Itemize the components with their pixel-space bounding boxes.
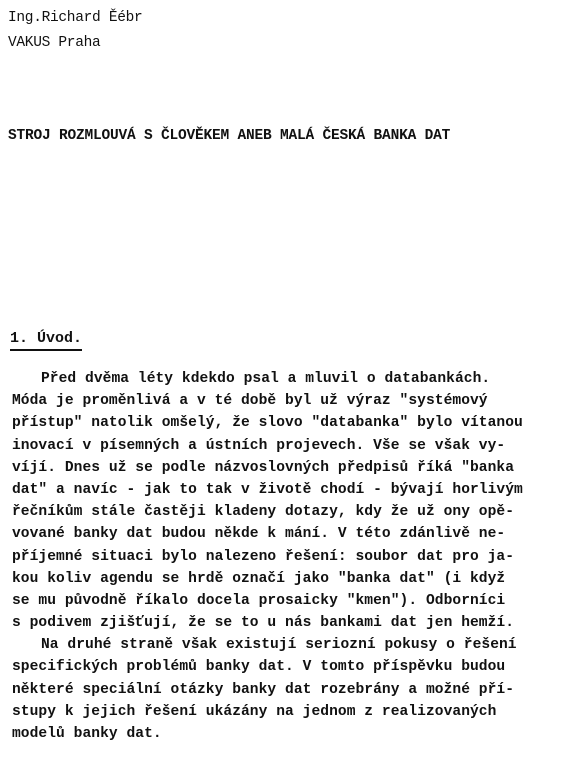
document-title: STROJ ROZMLOUVÁ S ČLOVĚKEM ANEB MALÁ ČES…: [8, 128, 450, 144]
organization: VAKUS Praha: [8, 35, 100, 51]
body-line: některé speciální otázky banky dat rozeb…: [12, 679, 582, 701]
body-line: Před dvěma léty kdekdo psal a mluvil o d…: [12, 368, 582, 390]
body-line: Na druhé straně však existují seriozní p…: [12, 634, 582, 656]
body-line: modelů banky dat.: [12, 723, 582, 745]
body-line: dat" a navíc - jak to tak v životě chodí…: [12, 479, 582, 501]
body-line: stupy k jejich řešení ukázány na jednom …: [12, 701, 582, 723]
body-line: víjí. Dnes už se podle názvoslovných pře…: [12, 457, 582, 479]
body-text: Před dvěma léty kdekdo psal a mluvil o d…: [12, 368, 582, 745]
body-line: přístup" natolik omšelý, že slovo "datab…: [12, 412, 582, 434]
body-line: kou koliv agendu se hrdě označí jako "ba…: [12, 568, 582, 590]
body-line: Móda je proměnlivá a v té době byl už vý…: [12, 390, 582, 412]
body-line: specifických problémů banky dat. V tomto…: [12, 656, 582, 678]
section-heading: 1. Úvod.: [10, 330, 82, 351]
body-line: řečníkům stále častěji kladeny dotazy, k…: [12, 501, 582, 523]
document-page: Ing.Richard Ěébr VAKUS Praha STROJ ROZML…: [0, 0, 584, 776]
author-name: Ing.Richard Ěébr: [8, 10, 142, 26]
body-line: příjemné situaci bylo nalezeno řešení: s…: [12, 546, 582, 568]
body-line: vované banky dat budou někde k mání. V t…: [12, 523, 582, 545]
body-line: inovací v písemných a ústních projevech.…: [12, 435, 582, 457]
body-line: se mu původně říkalo docela prosaicky "k…: [12, 590, 582, 612]
body-line: s podivem zjišťují, že se to u nás banka…: [12, 612, 582, 634]
